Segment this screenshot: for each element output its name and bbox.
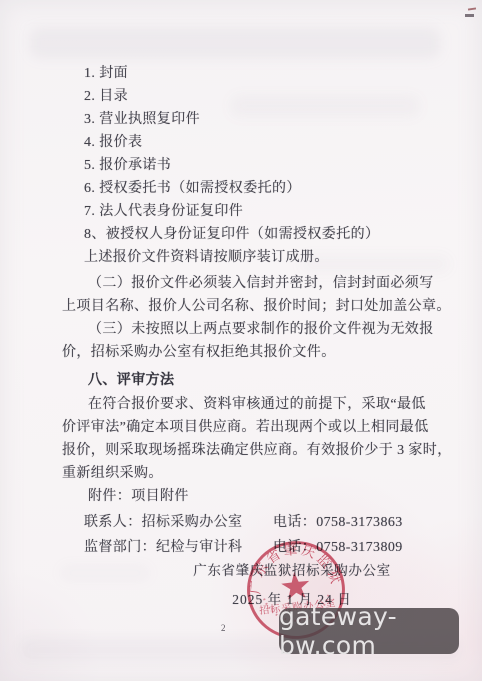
- list-item: 2. 目录: [62, 85, 454, 108]
- paragraph-line: （二）报价文件必须装入信封并密封，信封封面必须写: [62, 272, 454, 295]
- list-item: 6. 授权委托书（如需授权委托的）: [62, 177, 454, 200]
- paragraph-line: 上项目名称、报价人公司名称、报价时间；封口处加盖公章。: [62, 295, 454, 318]
- document-page: 1. 封面 2. 目录 3. 营业执照复印件 4. 报价表 5. 报价承诺书 6…: [0, 0, 482, 681]
- section-body-line: 重新组织采购。: [62, 462, 454, 485]
- list-item: 4. 报价表: [62, 131, 454, 154]
- bleed-through-blot: [30, 28, 440, 58]
- contact-row: 联系人：招标采购办公室 电话：0758-3173863: [62, 510, 454, 535]
- section-body-line: 在符合报价要求、资料审核通过的前提下，采取“最低: [62, 393, 454, 416]
- list-item: 7. 法人代表身份证复印件: [62, 200, 454, 223]
- binding-note: 上述报价文件资料请按顺序装订成册。: [62, 246, 454, 269]
- section-heading: 八、评审方法: [62, 369, 454, 392]
- list-item: 5. 报价承诺书: [62, 154, 454, 177]
- paragraph-invalid: （三）未按照以上两点要求制作的报价文件视为无效报 价，招标采购办公室有权拒绝其报…: [62, 318, 454, 364]
- paragraph-line: 价，招标采购办公室有权拒绝其报价文件。: [62, 341, 454, 364]
- list-item: 8、被授权人身份证复印件（如需授权委托的）: [62, 223, 454, 246]
- contact-label: 联系人：招标采购办公室: [84, 510, 273, 535]
- attachment-line: 附件：项目附件: [62, 485, 454, 508]
- corner-mark: [465, 14, 474, 17]
- paragraph-envelope: （二）报价文件必须装入信封并密封，信封封面必须写 上项目名称、报价人公司名称、报…: [62, 272, 454, 318]
- watermark-text: gateway-bw.com: [279, 602, 459, 660]
- section-body-line: 报价，则采取现场摇珠法确定供应商。有效报价少于 3 家时，: [62, 439, 454, 462]
- bleed-through-blot: [60, 565, 150, 581]
- page-number: 2: [221, 623, 226, 633]
- paragraph-line: （三）未按照以上两点要求制作的报价文件视为无效报: [62, 318, 454, 341]
- list-item: 3. 营业执照复印件: [62, 108, 454, 131]
- section-body: 在符合报价要求、资料审核通过的前提下，采取“最低 价评审法”确定本项目供应商。若…: [62, 393, 454, 485]
- corner-mark: [468, 7, 476, 10]
- section-body-line: 价评审法”确定本项目供应商。若出现两个或以上相同最低: [62, 416, 454, 439]
- watermark-badge: gateway-bw.com: [279, 608, 459, 654]
- document-body: 1. 封面 2. 目录 3. 营业执照复印件 4. 报价表 5. 报价承诺书 6…: [62, 62, 454, 560]
- required-documents-list: 1. 封面 2. 目录 3. 营业执照复印件 4. 报价表 5. 报价承诺书 6…: [62, 62, 454, 246]
- list-item: 1. 封面: [62, 62, 454, 85]
